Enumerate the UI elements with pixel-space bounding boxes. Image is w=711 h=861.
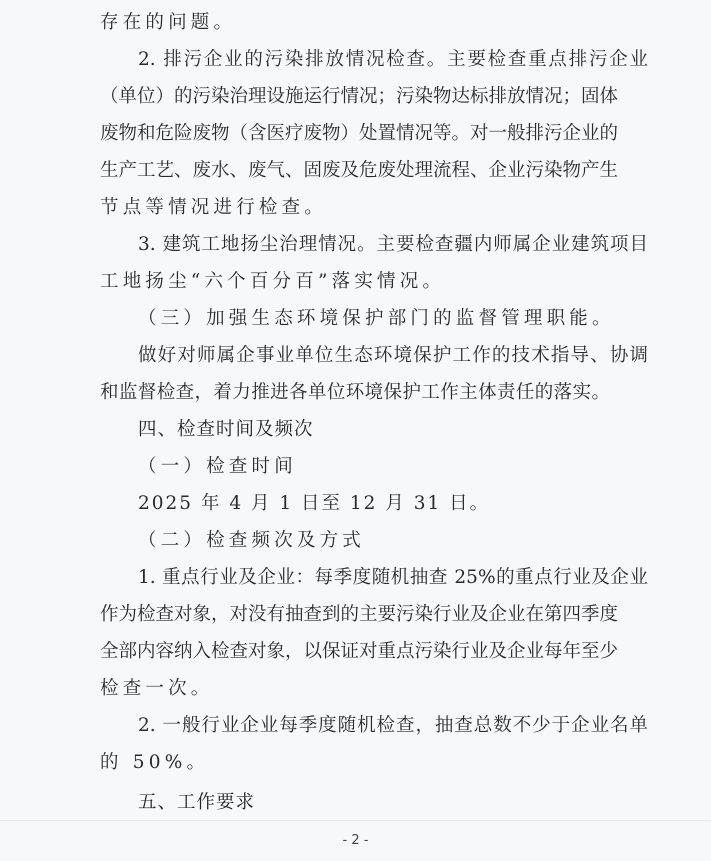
paragraph-line: 存在的问题。 <box>100 10 610 36</box>
subsection-heading: （一）检查时间 <box>100 454 648 480</box>
paragraph-line: 3. 建筑工地扬尘治理情况。主要检查疆内师属企业建筑项目 <box>100 232 648 258</box>
paragraph-line: 废物和危险废物（含医疗废物）处置情况等。对一般排污企业的 <box>100 121 610 147</box>
paragraph-line: 工地扬尘“六个百分百”落实情况。 <box>100 269 610 295</box>
subsection-heading: （二）检查频次及方式 <box>100 528 648 554</box>
document-page: 存在的问题。 2. 排污企业的污染排放情况检查。主要检查重点排污企业 （单位）的… <box>0 0 711 861</box>
paragraph-line: 生产工艺、废水、废气、固废及危废处理流程、企业污染物产生 <box>100 158 610 184</box>
paragraph-line: 节点等情况进行检查。 <box>100 195 610 221</box>
paragraph-line: 的 50%。 <box>100 750 610 776</box>
subsection-heading: （三）加强生态环境保护部门的监督管理职能。 <box>100 306 648 332</box>
section-heading: 五、工作要求 <box>100 790 648 816</box>
paragraph-line: 做好对师属企事业单位生态环境保护工作的技术指导、协调 <box>100 343 648 369</box>
paragraph-line: 全部内容纳入检查对象，以保证对重点污染行业及企业每年至少 <box>100 639 610 665</box>
page-number: - 2 - <box>0 833 711 848</box>
footer-divider <box>0 820 711 821</box>
paragraph-line: 检查一次。 <box>100 676 610 702</box>
paragraph-line: 和监督检查，着力推进各单位环境保护工作主体责任的落实。 <box>100 380 610 406</box>
paragraph-line: 2. 一般行业企业每季度随机检查，抽查总数不少于企业名单 <box>100 713 648 739</box>
section-heading: 四、检查时间及频次 <box>100 417 648 443</box>
paragraph-line: 作为检查对象，对没有抽查到的主要污染行业及企业在第四季度 <box>100 602 610 628</box>
date-range: 2025 年 4 月 1 日至 12 月 31 日。 <box>100 491 648 517</box>
paragraph-line: 2. 排污企业的污染排放情况检查。主要检查重点排污企业 <box>100 47 648 73</box>
paragraph-line: 1. 重点行业及企业：每季度随机抽查 25%的重点行业及企业 <box>100 565 648 591</box>
paragraph-line: （单位）的污染治理设施运行情况；污染物达标排放情况；固体 <box>100 84 610 110</box>
